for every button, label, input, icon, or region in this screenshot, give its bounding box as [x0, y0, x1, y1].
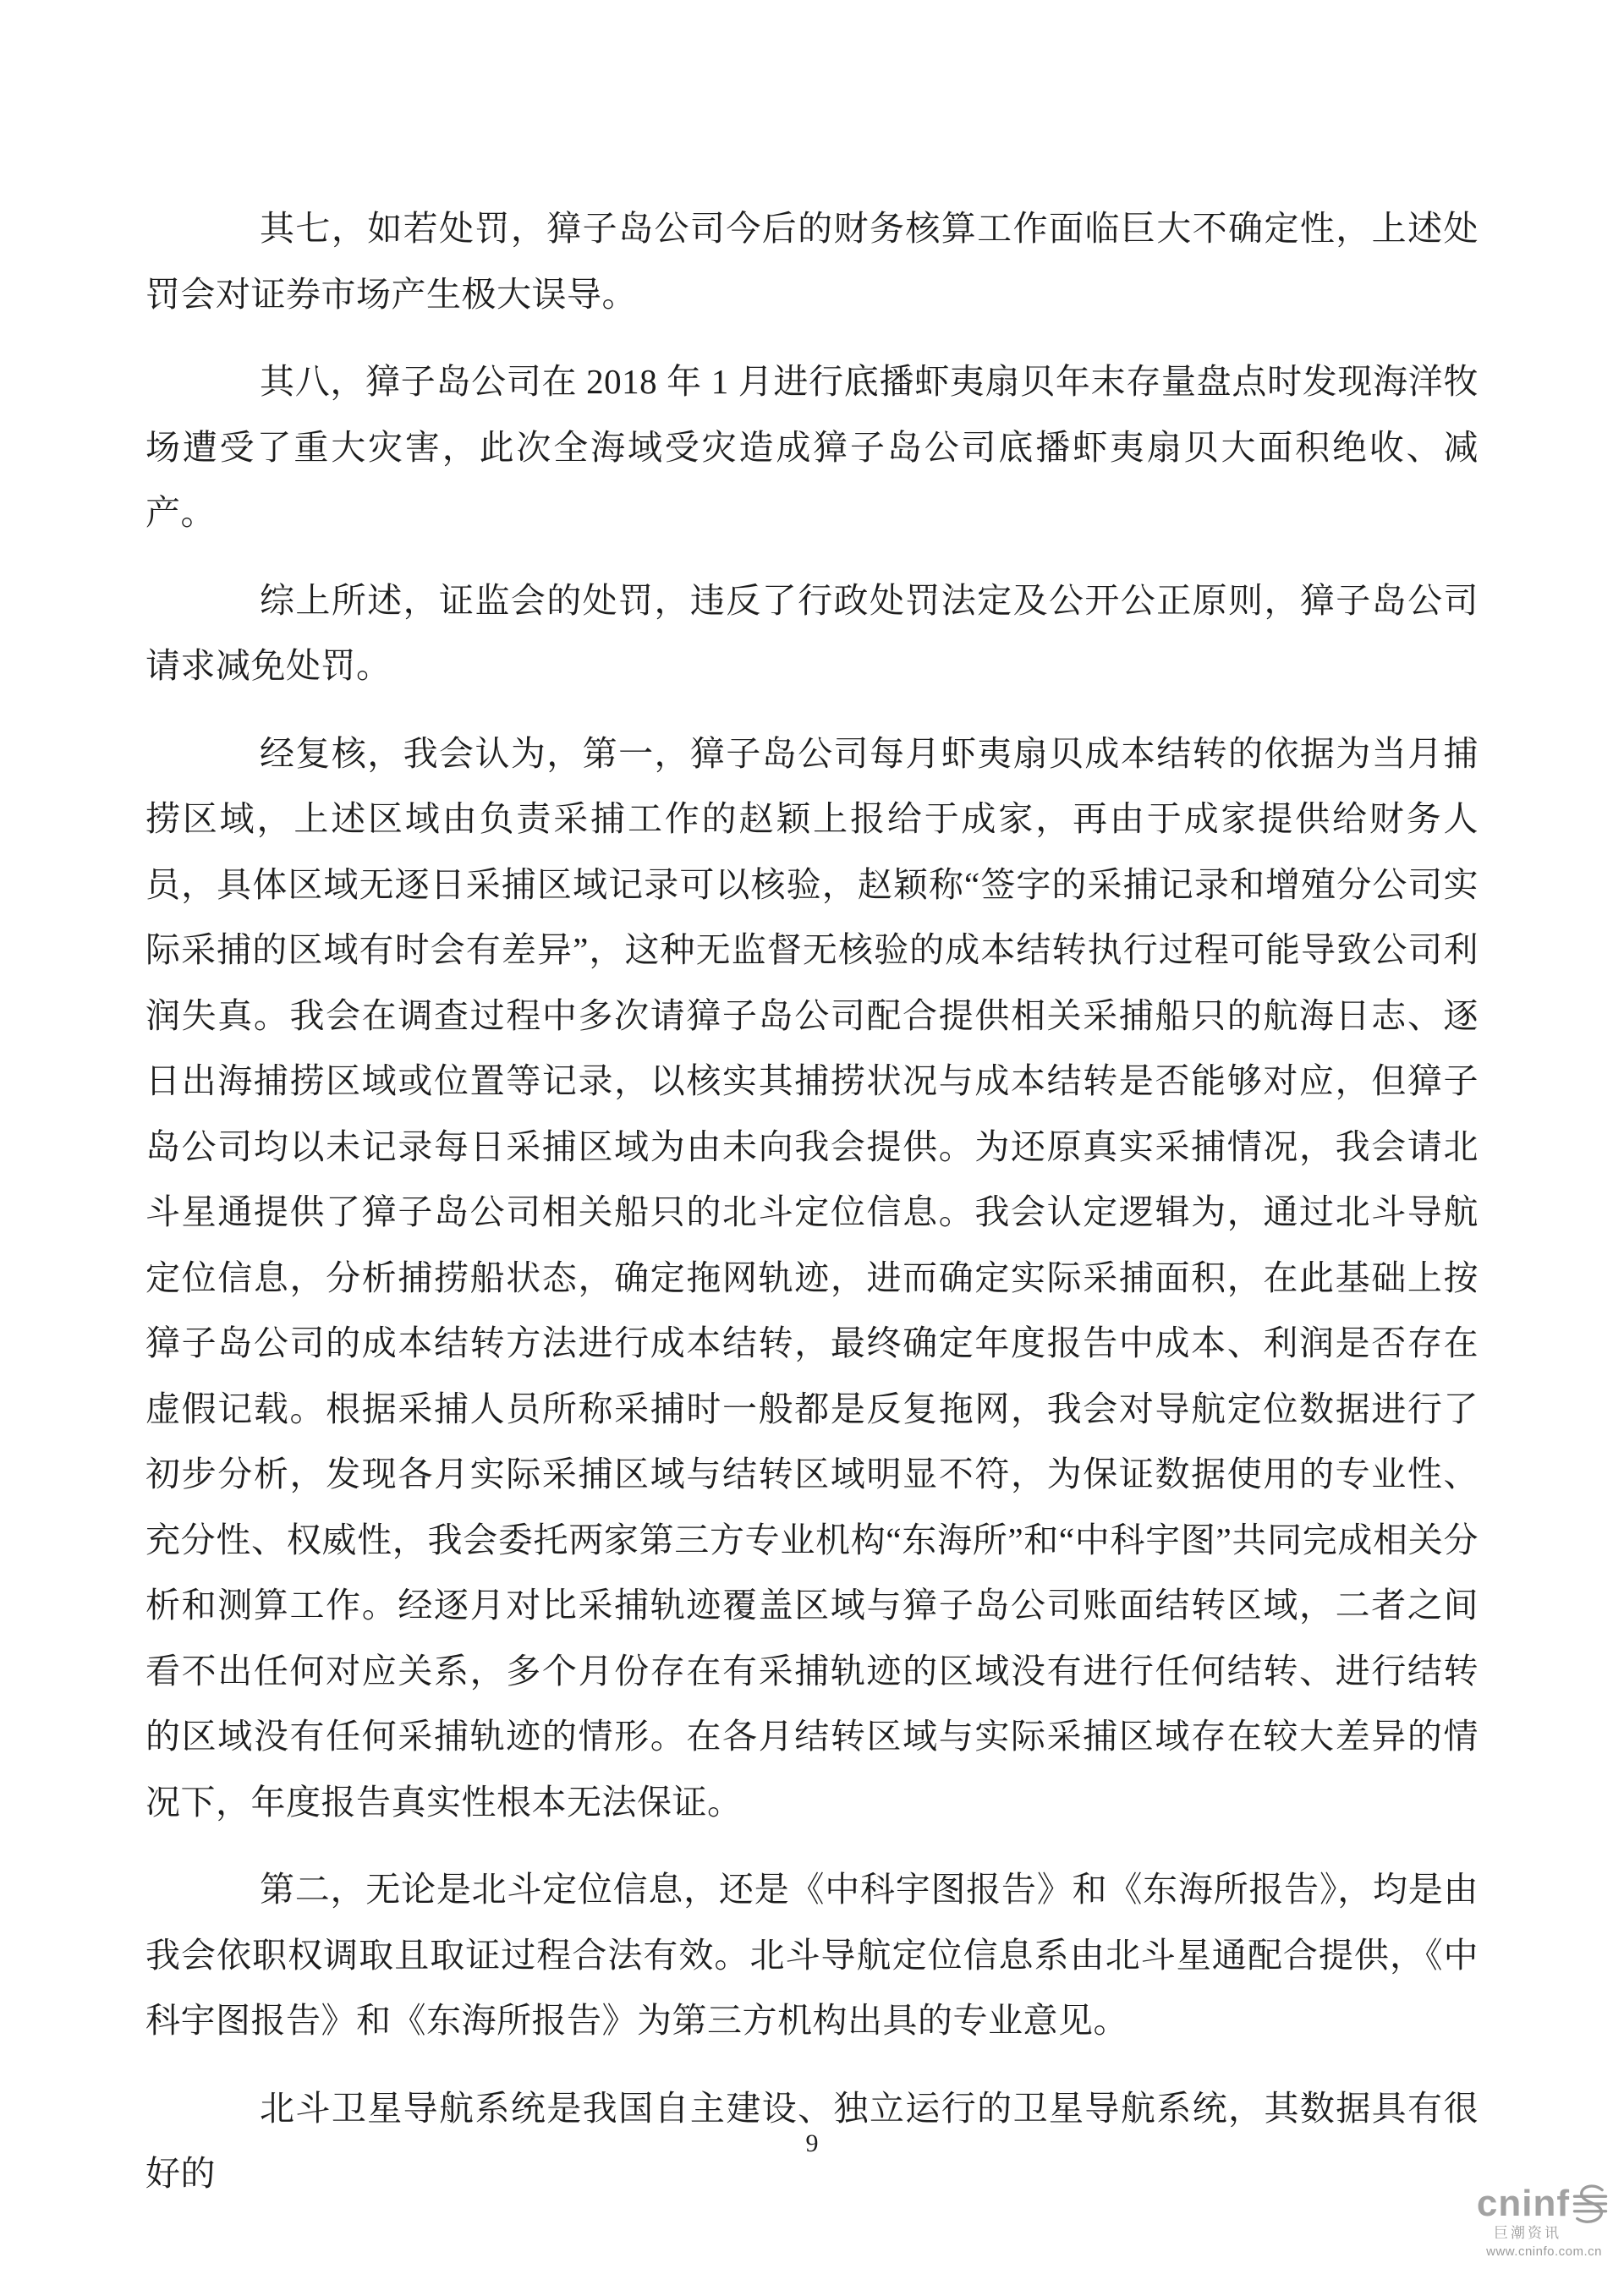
cninfo-logo: cninf 巨潮资讯 www.cninfo.com.cn: [1363, 2184, 1609, 2260]
cninfo-logo-chinese-name: 巨潮资讯: [1363, 2226, 1561, 2242]
paragraph-summary-request: 综上所述，证监会的处罚，违反了行政处罚法定及公开公正原则，獐子岛公司请求减免处罚…: [145, 568, 1479, 699]
paragraph-qi-ba: 其八，獐子岛公司在 2018 年 1 月进行底播虾夷扇贝年末存量盘点时发现海洋牧…: [145, 349, 1479, 546]
page-number: 9: [0, 2129, 1624, 2158]
document-body: 其七，如若处罚，獐子岛公司今后的财务核算工作面临巨大不确定性，上述处罚会对证券市…: [145, 196, 1479, 2229]
document-page: 其七，如若处罚，獐子岛公司今后的财务核算工作面临巨大不确定性，上述处罚会对证券市…: [0, 0, 1624, 2296]
cninfo-logo-url: www.cninfo.com.cn: [1363, 2245, 1602, 2260]
cninfo-logo-text: cninf: [1477, 2184, 1570, 2224]
paragraph-review-first: 经复核，我会认为，第一，獐子岛公司每月虾夷扇贝成本结转的依据为当月捕捞区域，上述…: [145, 721, 1479, 1836]
paragraph-qi-qi: 其七，如若处罚，獐子岛公司今后的财务核算工作面临巨大不确定性，上述处罚会对证券市…: [145, 196, 1479, 327]
cninfo-wave-mark-icon: [1572, 2184, 1609, 2224]
cninfo-logo-row: cninf: [1363, 2184, 1609, 2224]
paragraph-review-second: 第二，无论是北斗定位信息，还是《中科宇图报告》和《东海所报告》，均是由我会依职权…: [145, 1857, 1479, 2054]
